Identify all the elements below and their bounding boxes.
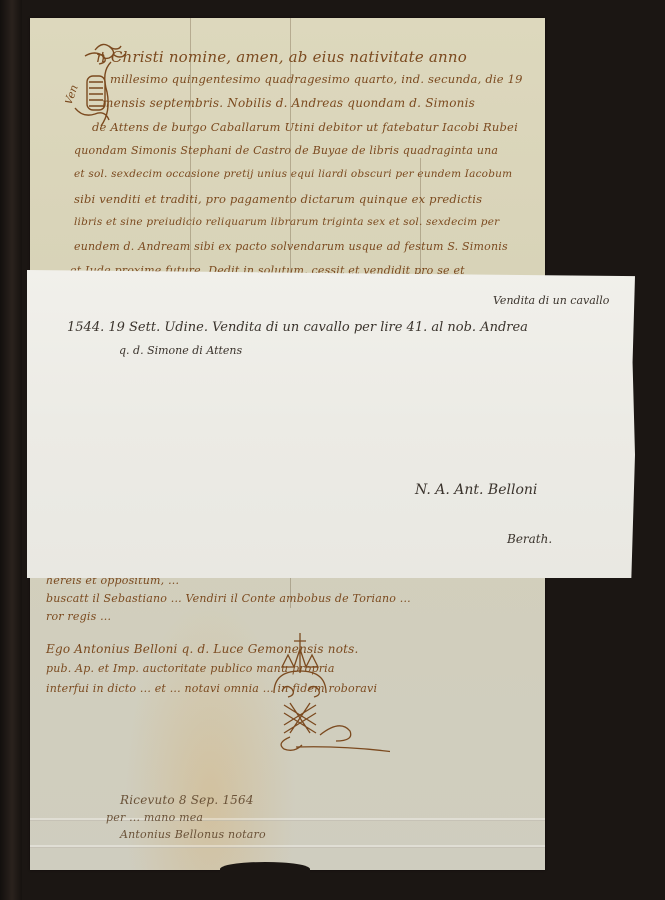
deed-line: de Attens de burgo Caballarum Utini debi… <box>92 120 518 134</box>
later-note-line: per ... mano mea <box>106 811 203 824</box>
deed-line: sibi venditi et traditi, pro pagamento d… <box>74 192 482 206</box>
archivist-mark: Berath. <box>507 532 552 546</box>
fold-line <box>30 845 545 848</box>
deed-line: n Christi nomine, amen, ab eius nativita… <box>96 48 467 66</box>
deed-lower-line: buscatt il Sebastiano ... Vendiri il Con… <box>46 592 411 605</box>
deed-line: eundem d. Andream sibi ex pacto solvenda… <box>74 240 508 253</box>
deed-line: quondam Simonis Stephani de Castro de Bu… <box>74 144 498 157</box>
deed-lower-line: ror regis ... <box>46 610 111 623</box>
later-note-line: Antonius Bellonus notaro <box>120 828 266 841</box>
later-note-line: Ricevuto 8 Sep. 1564 <box>120 793 254 807</box>
label-summary-line-2: q. d. Simone di Attens <box>119 344 242 357</box>
background-edge-band <box>0 0 22 900</box>
svg-text:Ven: Ven <box>65 83 81 107</box>
deed-line: et sol. sexdecim occasione pretij unius … <box>74 168 512 180</box>
label-top-note: Vendita di un cavallo <box>493 294 609 307</box>
deed-line: mensis septembris. Nobilis d. Andreas qu… <box>102 96 475 110</box>
paper-label: Vendita di un cavallo 1544. 19 Sett. Udi… <box>27 270 635 578</box>
label-summary-line: 1544. 19 Sett. Udine. Vendita di un cava… <box>67 320 528 335</box>
notary-signet-icon <box>260 633 390 753</box>
deed-line: libris et sine preiudicio reliquarum lib… <box>74 216 499 228</box>
notary-signature: N. A. Ant. Belloni <box>415 482 537 498</box>
deed-line: millesimo quingentesimo quadragesimo qua… <box>110 72 523 86</box>
